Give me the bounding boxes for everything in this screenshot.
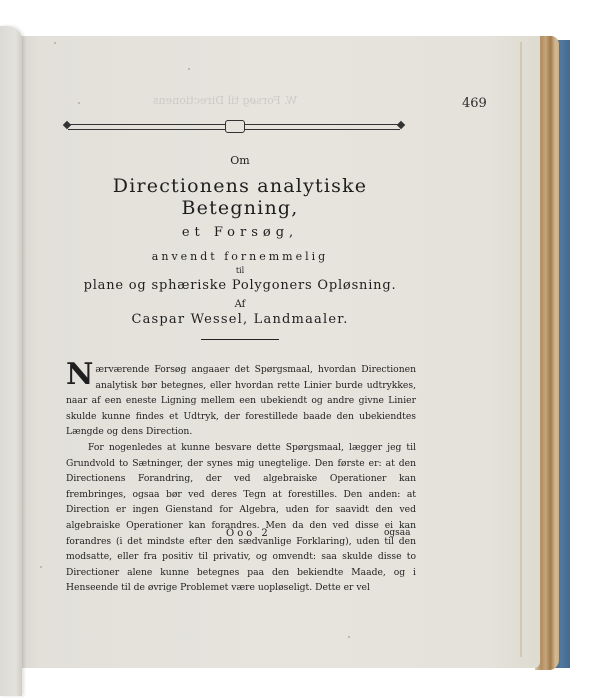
title-block: Om Directionens analytiske Betegning, et… [60,150,420,340]
rule-center-ornament-icon [225,120,245,133]
title-plane: plane og sphæriske Polygoners Opløsning. [60,278,420,293]
drop-cap: N [66,362,93,388]
paper-speck [54,42,56,44]
bleed-through-text: W. Forsøg til Directionens [150,94,300,107]
title-divider [201,339,279,340]
paper-speck [188,68,190,70]
paragraph-2: For nogenledes at kunne besvare dette Sp… [66,440,416,596]
paper-speck [78,102,80,104]
author-line: Caspar Wessel, Landmaaler. [60,312,420,327]
title-om: Om [60,154,420,167]
page-number: 469 [462,96,487,111]
title-anvendt: anvendt fornemmelig [60,250,420,263]
subtitle: et Forsøg, [60,225,420,240]
body-text: Nærværende Forsøg angaaer det Spørgsmaal… [66,362,416,596]
catchword: ogsaa [384,528,411,538]
paragraph-1-text: ærværende Forsøg angaaer det Spørgsmaal,… [66,364,416,437]
paragraph-1: Nærværende Forsøg angaaer det Spørgsmaal… [66,362,416,440]
title-af: Af [60,299,420,310]
left-page-edge [0,26,22,696]
signature-mark: Ooo 2 [226,528,271,539]
paper-speck [40,566,42,568]
header-ornamental-rule [68,124,400,130]
main-title: Directionens analytiske Betegning, [60,175,420,219]
paper-speck [348,636,350,638]
title-til: til [60,266,420,275]
